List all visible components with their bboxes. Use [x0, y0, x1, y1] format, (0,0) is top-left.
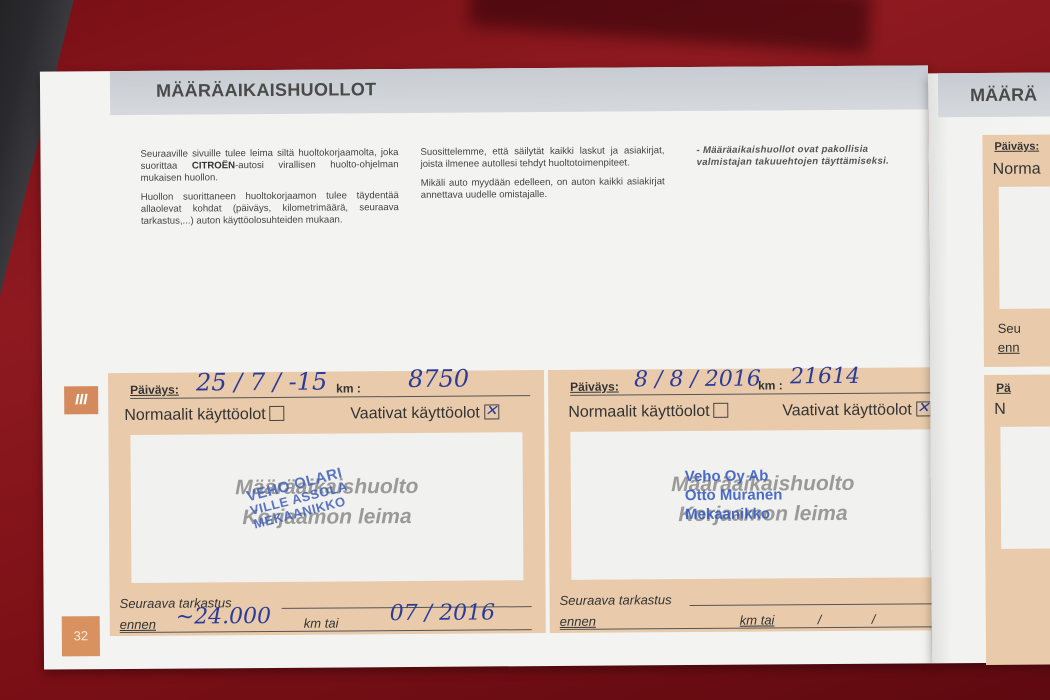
date-slash-1: / — [818, 612, 822, 627]
demanding-conditions-checkbox[interactable] — [484, 404, 499, 419]
intro-paragraph-1: Seuraaville sivuille tulee leima siltä h… — [140, 147, 398, 185]
page-title: MÄÄRÄAIKAISHUOLLOT — [156, 79, 377, 102]
intro-column-3: - Määräaikaishuollot ovat pakollisia val… — [696, 143, 910, 175]
workshop-stamp: Veho Oy Ab Otto Muranen Mekaanikko — [685, 466, 783, 524]
next-check-partial: Seu — [998, 321, 1021, 336]
km-label: km : — [758, 378, 783, 392]
date-km-row: Päiväys: 8 / 8 / 2016 km : 21614 — [570, 371, 962, 396]
date-label: Päiväys: — [130, 383, 179, 397]
section-tab: III — [64, 386, 98, 414]
stamp-area-partial — [1000, 426, 1050, 549]
brand-name: CITROËN — [192, 160, 235, 171]
date-value[interactable]: 25 / 7 / -15 — [196, 368, 327, 397]
date-label-partial: Pä — [996, 381, 1011, 395]
conditions-row: Normaalit käyttöolot Vaativat käyttöolot — [124, 404, 530, 407]
service-record-card-1: Päiväys: 25 / 7 / -15 km : 8750 Normaali… — [108, 370, 546, 636]
normal-conditions-option[interactable]: Normaalit käyttöolot — [568, 403, 729, 422]
booklet-page-right: MÄÄRÄ Päiväys: Norma Seu enn Pä N — [928, 72, 1050, 663]
before-partial: enn — [998, 340, 1020, 355]
next-check-line — [690, 603, 964, 606]
service-booklet: MÄÄRÄAIKAISHUOLLOT Seuraaville sivuille … — [40, 64, 1050, 677]
before-label: ennen — [560, 614, 596, 629]
conditions-row: Normaalit käyttöolot Vaativat käyttöolot — [564, 401, 962, 404]
before-label: ennen — [120, 617, 156, 632]
booklet-page-left: MÄÄRÄAIKAISHUOLLOT Seuraaville sivuille … — [40, 65, 932, 669]
page-title-partial: MÄÄRÄ — [970, 85, 1037, 106]
intro-column-1: Seuraaville sivuille tulee leima siltä h… — [140, 147, 399, 235]
next-before-row: ennen ~24.000 km tai 07 / 2016 — [120, 610, 532, 633]
date-km-row: Päiväys: 25 / 7 / -15 km : 8750 — [130, 374, 530, 399]
intro-paragraph-3: Suosittelemme, että säilytät kaikki lask… — [420, 145, 664, 171]
service-record-card-2: Päiväys: 8 / 8 / 2016 km : 21614 Normaal… — [548, 367, 978, 633]
km-or-label: km tai — [304, 615, 339, 630]
next-check-row: Seuraava tarkastus — [560, 589, 964, 608]
normal-conditions-checkbox[interactable] — [270, 406, 285, 421]
next-before-row: ennen km tai / / — [560, 607, 964, 630]
stamp-area-partial — [999, 186, 1050, 309]
intro-paragraph-2: Huollon suorittaneen huoltokorjaamon tul… — [141, 190, 399, 228]
shadow — [468, 0, 871, 54]
warranty-note: - Määräaikaishuollot ovat pakollisia val… — [696, 143, 910, 168]
demanding-conditions-option[interactable]: Vaativat käyttöolot — [350, 404, 499, 423]
km-value[interactable]: 21614 — [790, 364, 860, 389]
date-value[interactable]: 8 / 8 / 2016 — [634, 367, 761, 393]
next-km-value[interactable]: ~24.000 — [176, 604, 272, 630]
km-or-label: km tai — [740, 612, 775, 627]
km-label: km : — [336, 381, 361, 395]
normal-conditions-option[interactable]: Normaalit käyttöolot — [124, 406, 285, 425]
date-slash-2: / — [872, 612, 876, 627]
intro-paragraph-4: Mikäli auto myydään edelleen, on auton k… — [421, 176, 665, 202]
normal-label-partial: N — [994, 401, 1006, 419]
stamp-area: Määräaikaishuolto Korjaamon leima VEHO O… — [130, 432, 523, 583]
normal-label-partial: Norma — [993, 161, 1041, 179]
km-value[interactable]: 8750 — [408, 365, 469, 393]
page-number: 32 — [62, 616, 100, 656]
stamp-area: Määräaikaishuolto Korjaamon leima Veho O… — [570, 429, 955, 580]
next-page-card-2: Pä N — [984, 374, 1050, 665]
next-page-card-1: Päiväys: Norma Seu enn — [982, 134, 1050, 367]
next-date-value[interactable]: 07 / 2016 — [390, 600, 496, 626]
intro-column-2: Suosittelemme, että säilytät kaikki lask… — [420, 145, 664, 209]
demanding-conditions-checkbox[interactable] — [916, 401, 931, 416]
demanding-conditions-option[interactable]: Vaativat käyttöolot — [782, 401, 931, 420]
date-label: Päiväys: — [570, 380, 619, 394]
date-label-partial: Päiväys: — [994, 141, 1039, 153]
next-check-label: Seuraava tarkastus — [560, 592, 672, 608]
normal-conditions-checkbox[interactable] — [714, 403, 729, 418]
